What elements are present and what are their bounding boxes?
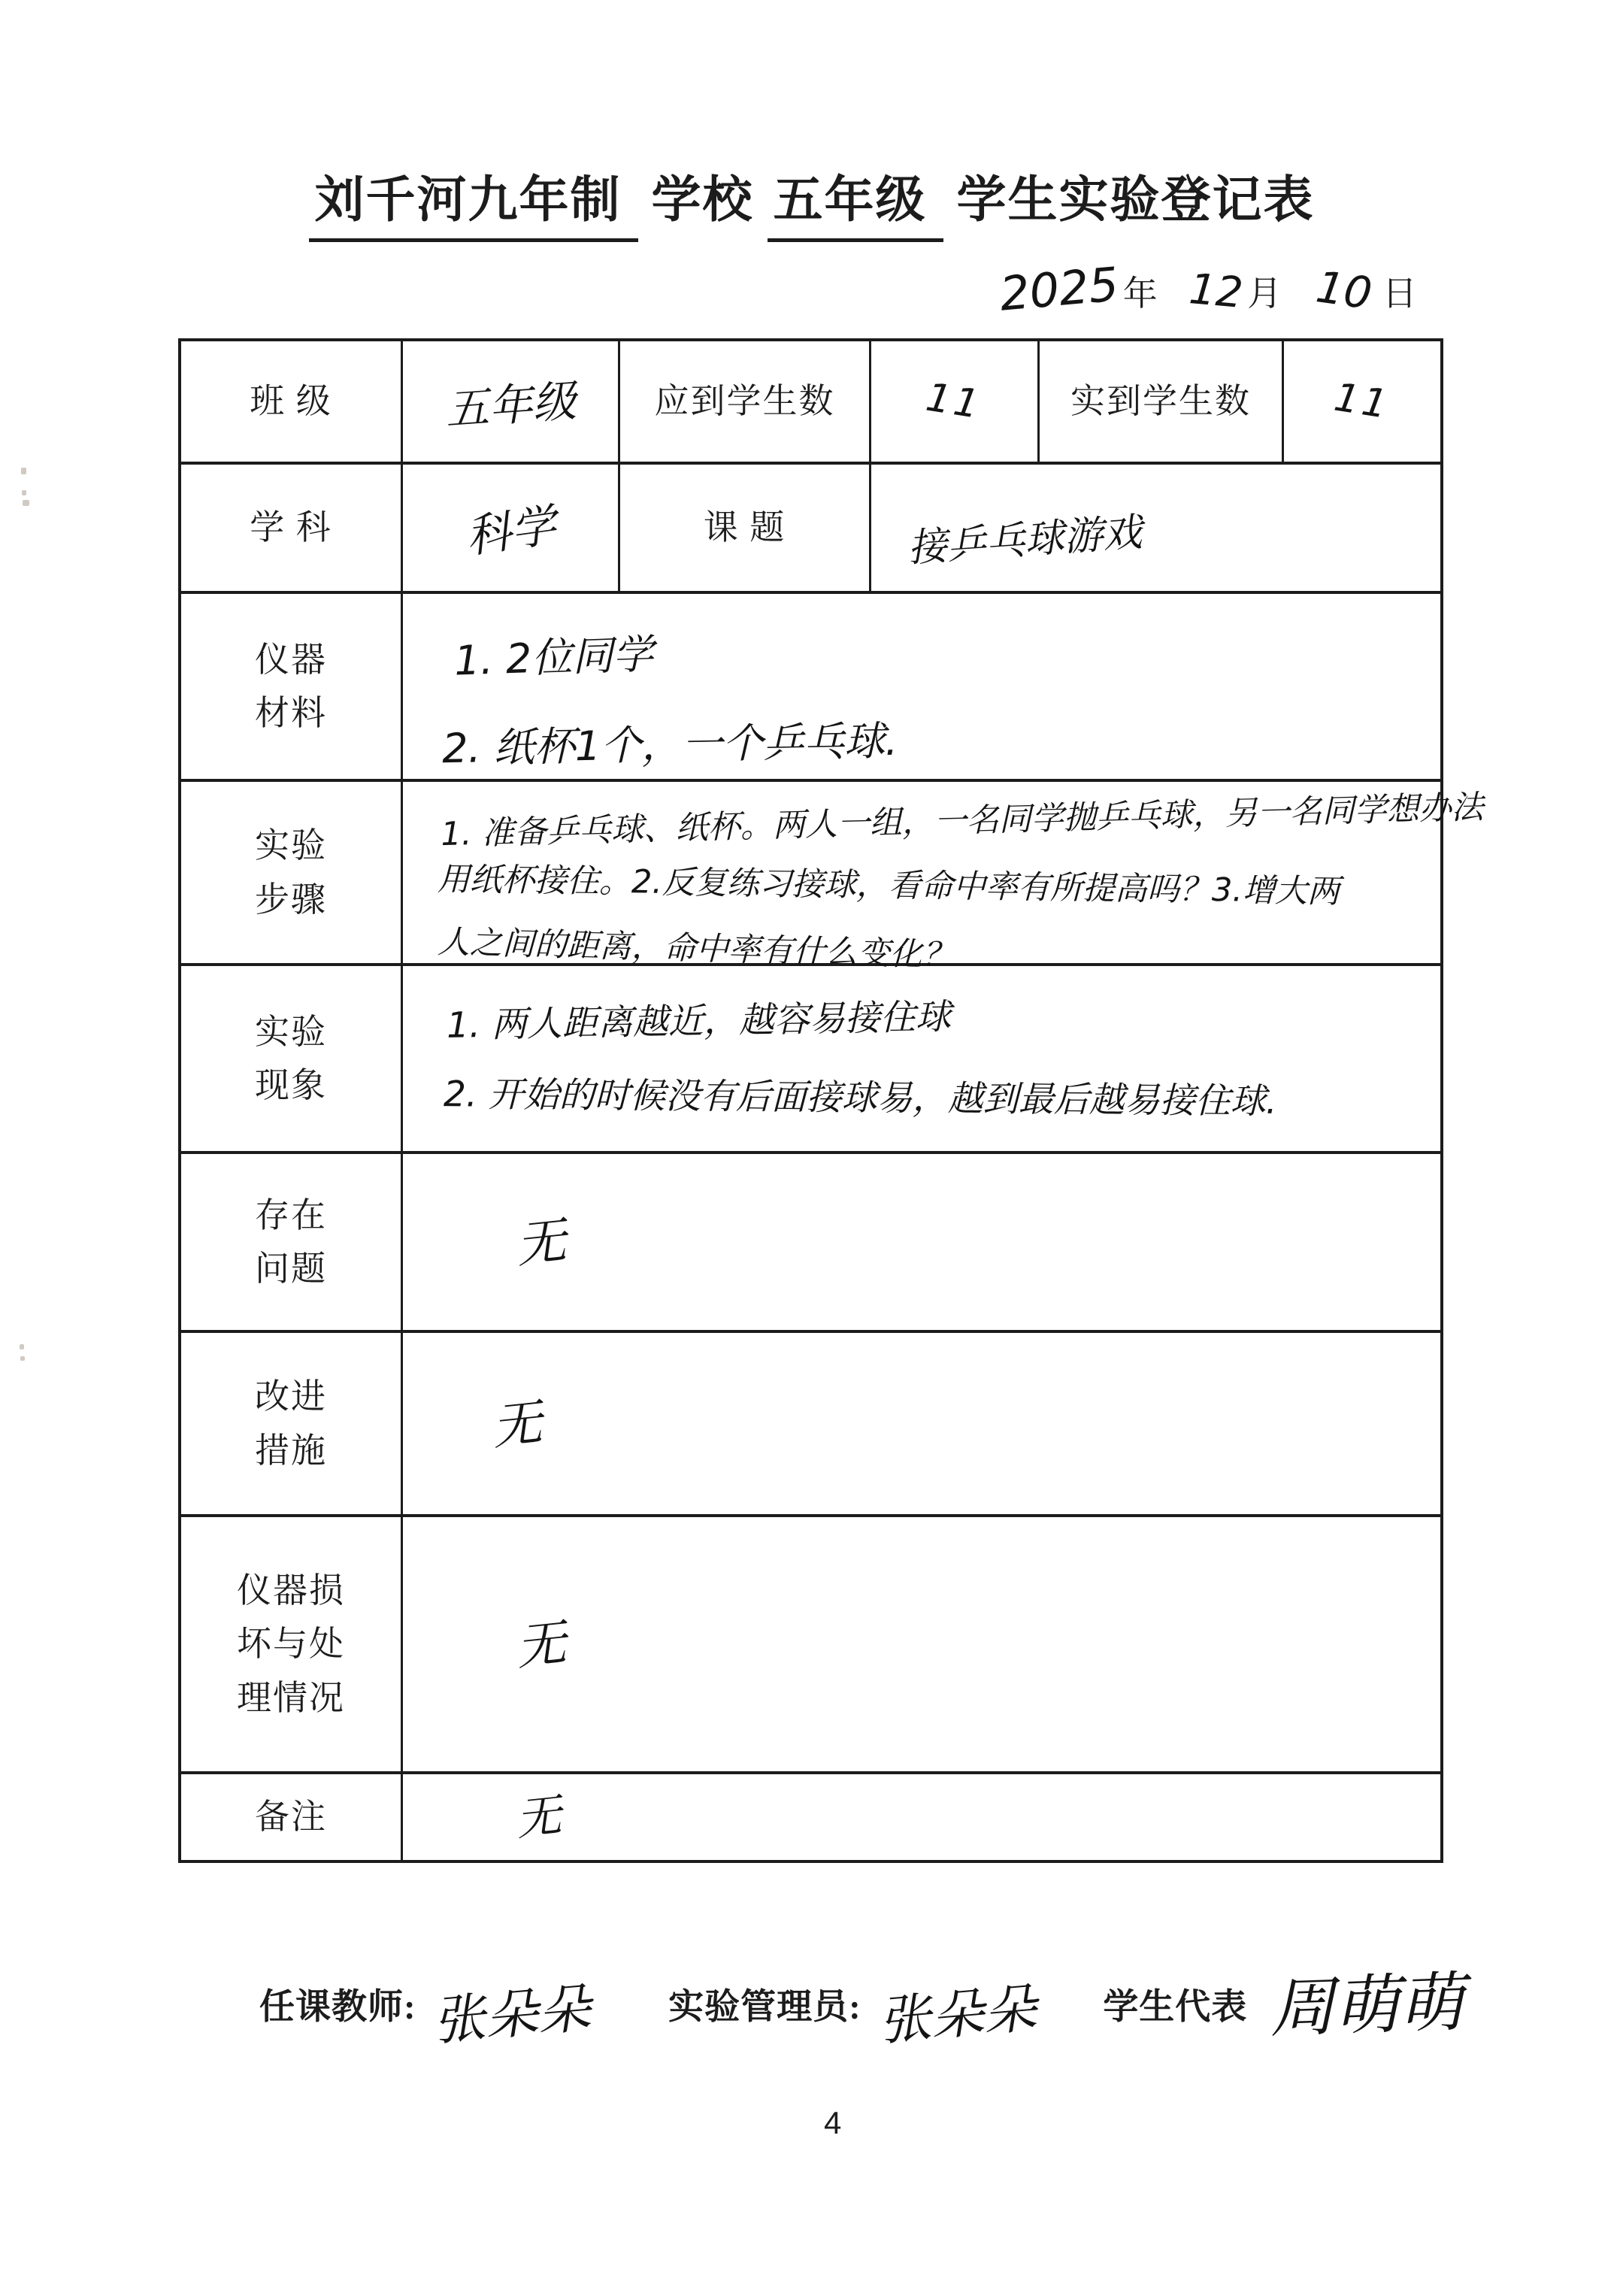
manager-signature: 张朵朵 xyxy=(875,1966,1039,2055)
handwritten-materials-item1: 1. 2位同学 xyxy=(453,622,655,686)
scan-speck xyxy=(21,468,26,474)
handwritten-remarks-value: 无 xyxy=(513,1780,565,1849)
actual-students-value-cell: 11 xyxy=(1282,341,1440,462)
experiment-registration-table: 班 级 五年级 应到学生数 11 实到学生数 11 学 科 科学 课 题 接乒乓… xyxy=(178,338,1443,1863)
signature-row: 任课教师: 张朵朵 实验管理员: 张朵朵 学生代表 周萌萌 xyxy=(259,1964,1462,2057)
handwritten-day: 10 xyxy=(1313,261,1376,320)
damage-label-cell: 仪器损 坏与处 理情况 xyxy=(181,1517,401,1771)
handwritten-actual-count: 11 xyxy=(1331,375,1394,429)
year-unit-label: 年 xyxy=(1123,266,1158,316)
damage-label-line3: 理情况 xyxy=(237,1671,345,1725)
student-signature-group: 学生代表 周萌萌 xyxy=(1103,1964,1464,2057)
damage-label-line1: 仪器损 xyxy=(237,1564,345,1617)
manager-label: 实验管理员: xyxy=(668,1979,861,2029)
handwritten-improvements-value: 无 xyxy=(488,1382,545,1458)
scan-speck xyxy=(20,1344,24,1349)
handwritten-steps-line1: 1. 准备乒乓球、纸杯。两人一组，一名同学抛乒乓球，另一名同学想办法 xyxy=(440,782,1484,855)
improvements-label-line2: 措施 xyxy=(255,1424,327,1477)
topic-value-cell: 接乒乓球游戏 xyxy=(869,465,1440,591)
problems-label-line2: 问题 xyxy=(255,1242,327,1295)
scan-speck xyxy=(23,500,29,506)
materials-label-cell: 仪器 材料 xyxy=(181,594,401,779)
handwritten-phenomena-line1: 1. 两人距离越近，越容易接住球 xyxy=(446,989,951,1048)
handwritten-year: 2025 xyxy=(998,256,1121,321)
scan-speck xyxy=(22,490,26,495)
handwritten-class-value: 五年级 xyxy=(443,365,577,438)
scanned-form-page: { "title": { "part1": "刘千河九年制", "part2":… xyxy=(0,0,1623,2296)
row-materials: 仪器 材料 1. 2位同学 2. 纸杯1个，一个乒乓球. xyxy=(181,591,1440,779)
handwritten-topic-value: 接乒乓球游戏 xyxy=(906,500,1143,573)
handwritten-problems-value: 无 xyxy=(512,1201,569,1277)
handwritten-phenomena-line2: 2. 开始的时候没有后面接球易，越到最后越易接住球. xyxy=(444,1066,1277,1124)
row-phenomena: 实验 现象 1. 两人距离越近，越容易接住球 2. 开始的时候没有后面接球易，越… xyxy=(181,963,1440,1151)
phenomena-label-cell: 实验 现象 xyxy=(181,966,401,1151)
improvements-label-line1: 改进 xyxy=(255,1370,327,1423)
handwritten-subject-value: 科学 xyxy=(462,489,560,566)
teacher-signature-group: 任课教师: 张朵朵 xyxy=(259,1973,590,2049)
row-problems: 存在 问题 无 xyxy=(181,1151,1440,1330)
row-steps: 实验 步骤 1. 准备乒乓球、纸杯。两人一组，一名同学抛乒乓球，另一名同学想办法… xyxy=(181,779,1440,963)
row-subject: 学 科 科学 课 题 接乒乓球游戏 xyxy=(181,462,1440,591)
handwritten-steps-line2: 用纸杯接住。2.反复练习接球，看命中率有所提高吗？3.增大两 xyxy=(438,854,1340,913)
problems-label-line1: 存在 xyxy=(255,1189,327,1242)
subject-value-cell: 科学 xyxy=(401,465,618,591)
class-value-cell: 五年级 xyxy=(401,341,618,462)
handwritten-damage-value: 无 xyxy=(512,1603,569,1679)
date-line: 2025年12月10日 xyxy=(1000,262,1417,317)
improvements-content-cell: 无 xyxy=(401,1333,1440,1514)
handwritten-materials-item2: 2. 纸杯1个，一个乒乓球. xyxy=(441,709,898,775)
topic-label-cell: 课 题 xyxy=(618,465,869,591)
steps-label-line1: 实验 xyxy=(255,819,327,872)
handwritten-expected-count: 11 xyxy=(923,375,986,429)
teacher-signature: 张朵朵 xyxy=(429,1966,593,2055)
expected-students-value-cell: 11 xyxy=(869,341,1037,462)
form-title-school-name: 刘千河九年制 xyxy=(309,159,638,242)
form-title-grade: 五年级 xyxy=(768,159,943,242)
row-improvements: 改进 措施 无 xyxy=(181,1330,1440,1514)
row-remarks: 备注 无 xyxy=(181,1771,1440,1860)
handwritten-month: 12 xyxy=(1187,265,1245,318)
damage-content-cell: 无 xyxy=(401,1517,1440,1771)
form-title: 刘千河九年制学校五年级学生实验登记表 xyxy=(0,159,1623,242)
remarks-content-cell: 无 xyxy=(401,1774,1440,1860)
problems-label-cell: 存在 问题 xyxy=(181,1154,401,1330)
row-class: 班 级 五年级 应到学生数 11 实到学生数 11 xyxy=(181,341,1440,462)
materials-label-line1: 仪器 xyxy=(255,633,327,686)
form-title-suffix: 学生实验登记表 xyxy=(957,159,1315,231)
month-unit-label: 月 xyxy=(1247,266,1282,316)
student-label: 学生代表 xyxy=(1103,1979,1247,2029)
phenomena-label-line1: 实验 xyxy=(255,1005,327,1059)
problems-content-cell: 无 xyxy=(401,1154,1440,1330)
materials-label-line2: 材料 xyxy=(255,686,327,740)
manager-signature-group: 实验管理员: 张朵朵 xyxy=(668,1973,1035,2049)
day-unit-label: 日 xyxy=(1382,266,1417,316)
subject-label-cell: 学 科 xyxy=(181,465,401,591)
phenomena-label-line2: 现象 xyxy=(255,1059,327,1112)
remarks-label-cell: 备注 xyxy=(181,1774,401,1860)
form-title-school-word: 学校 xyxy=(652,159,754,231)
student-signature: 周萌萌 xyxy=(1268,1950,1465,2050)
steps-label-cell: 实验 步骤 xyxy=(181,782,401,963)
improvements-label-cell: 改进 措施 xyxy=(181,1333,401,1514)
steps-content-cell: 1. 准备乒乓球、纸杯。两人一组，一名同学抛乒乓球，另一名同学想办法 用纸杯接住… xyxy=(401,782,1440,963)
page-number: 4 xyxy=(824,2105,841,2141)
class-label-cell: 班 级 xyxy=(181,341,401,462)
phenomena-content-cell: 1. 两人距离越近，越容易接住球 2. 开始的时候没有后面接球易，越到最后越易接… xyxy=(401,966,1440,1151)
actual-students-label-cell: 实到学生数 xyxy=(1037,341,1282,462)
row-damage: 仪器损 坏与处 理情况 无 xyxy=(181,1514,1440,1771)
materials-content-cell: 1. 2位同学 2. 纸杯1个，一个乒乓球. xyxy=(401,594,1440,779)
teacher-label: 任课教师: xyxy=(259,1979,416,2029)
scan-speck xyxy=(20,1356,25,1361)
damage-label-line2: 坏与处 xyxy=(237,1617,345,1671)
steps-label-line2: 步骤 xyxy=(255,873,327,926)
expected-students-label-cell: 应到学生数 xyxy=(618,341,869,462)
